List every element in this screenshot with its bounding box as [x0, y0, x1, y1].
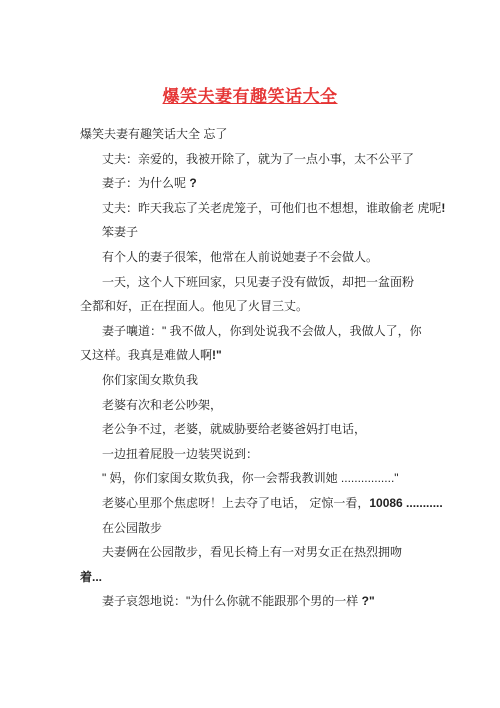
paragraph: 全都和好，正在捏面人。他见了火冒三丈。: [80, 294, 450, 319]
text-run: 老公争不过，老婆，就威胁要给老婆爸妈打电话，: [102, 422, 366, 436]
text-run: 笨妻子: [102, 225, 138, 239]
paragraph: 丈夫：昨天我忘了关老虎笼子，可他们也不想想，谁敢偷老 虎呢!: [80, 196, 450, 221]
paragraph: 老公争不过，老婆，就威胁要给老婆爸妈打电话，: [80, 417, 450, 442]
text-run: 妻子：为什么呢: [102, 176, 189, 190]
text-run: ?": [362, 594, 375, 608]
paragraph: 爆笑夫妻有趣笑话大全 忘了: [80, 122, 450, 147]
text-run: !": [212, 348, 222, 362]
document-title: 爆笑夫妻有趣笑话大全: [0, 84, 500, 110]
text-run: 全都和好，正在捏面人。他见了火冒三丈。: [80, 299, 308, 313]
text-run: 在公园散步: [102, 521, 162, 535]
paragraph: 笨妻子: [80, 220, 450, 245]
paragraph: 有个人的妻子很笨，他常在人前说她妻子不会做人。: [80, 245, 450, 270]
paragraph: 你们家闺女欺负我: [80, 368, 450, 393]
paragraph: 妻子：为什么呢 ?: [80, 171, 450, 196]
text-run: 10086 ...........: [369, 496, 442, 510]
text-run: 丈夫：亲爱的，我被开除了，就为了一点小事，太不公平了: [102, 152, 414, 166]
text-run: 妻子哀怨地说："为什么你就不能跟那个男的一样: [102, 594, 362, 608]
document-page: 爆笑夫妻有趣笑话大全 爆笑夫妻有趣笑话大全 忘了丈夫：亲爱的，我被开除了，就为了…: [0, 0, 500, 708]
paragraph: 一天，这个人下班回家，只见妻子没有做饭，却把一盆面粉: [80, 270, 450, 295]
text-run: 老婆心里那个焦虑呀！上去夺了电话， 定惊一看，: [102, 496, 369, 510]
paragraph: 老婆有次和老公吵架，: [80, 393, 450, 418]
text-run: 一天，这个人下班回家，只见妻子没有做饭，却把一盆面粉: [102, 275, 414, 289]
text-run: 妻子嚷道：" 我不做人，你到处说我不会做人，我做人了，你: [102, 324, 422, 338]
text-run: 着...: [80, 570, 102, 584]
paragraph: 着...: [80, 565, 450, 590]
text-run: 有个人的妻子很笨，他常在人前说她妻子不会做人。: [102, 250, 378, 264]
paragraph: " 妈，你们家闺女欺负我，你一会帮我教训她 ................": [80, 466, 450, 491]
text-run: 老婆有次和老公吵架，: [102, 398, 222, 412]
text-run: 夫妻俩在公园散步，看见长椅上有一对男女正在热烈拥吻: [102, 545, 402, 559]
paragraph: 夫妻俩在公园散步，看见长椅上有一对男女正在热烈拥吻: [80, 540, 450, 565]
text-run: !: [441, 201, 445, 215]
document-body: 爆笑夫妻有趣笑话大全 忘了丈夫：亲爱的，我被开除了，就为了一点小事，太不公平了妻…: [0, 122, 500, 614]
text-run: 你们家闺女欺负我: [102, 373, 198, 387]
text-run: 一边扭着屁股一边装哭说到：: [102, 447, 258, 461]
text-run: 丈夫：昨天我忘了关老虎笼子，可他们也不想想，谁敢偷老 虎呢: [102, 201, 441, 215]
paragraph: 在公园散步: [80, 516, 450, 541]
text-run: " 妈，你们家闺女欺负我，你一会帮我教训她 ................": [102, 471, 399, 485]
text-run: 又这样。我真是难做人啊: [80, 348, 212, 362]
paragraph: 妻子哀怨地说："为什么你就不能跟那个男的一样 ?": [80, 589, 450, 614]
text-run: 爆笑夫妻有趣笑话大全 忘了: [80, 127, 227, 141]
paragraph: 又这样。我真是难做人啊!": [80, 343, 450, 368]
paragraph: 丈夫：亲爱的，我被开除了，就为了一点小事，太不公平了: [80, 147, 450, 172]
paragraph: 老婆心里那个焦虑呀！上去夺了电话， 定惊一看，10086 ...........: [80, 491, 450, 516]
paragraph: 妻子嚷道：" 我不做人，你到处说我不会做人，我做人了，你: [80, 319, 450, 344]
paragraph: 一边扭着屁股一边装哭说到：: [80, 442, 450, 467]
text-run: ?: [189, 176, 196, 190]
